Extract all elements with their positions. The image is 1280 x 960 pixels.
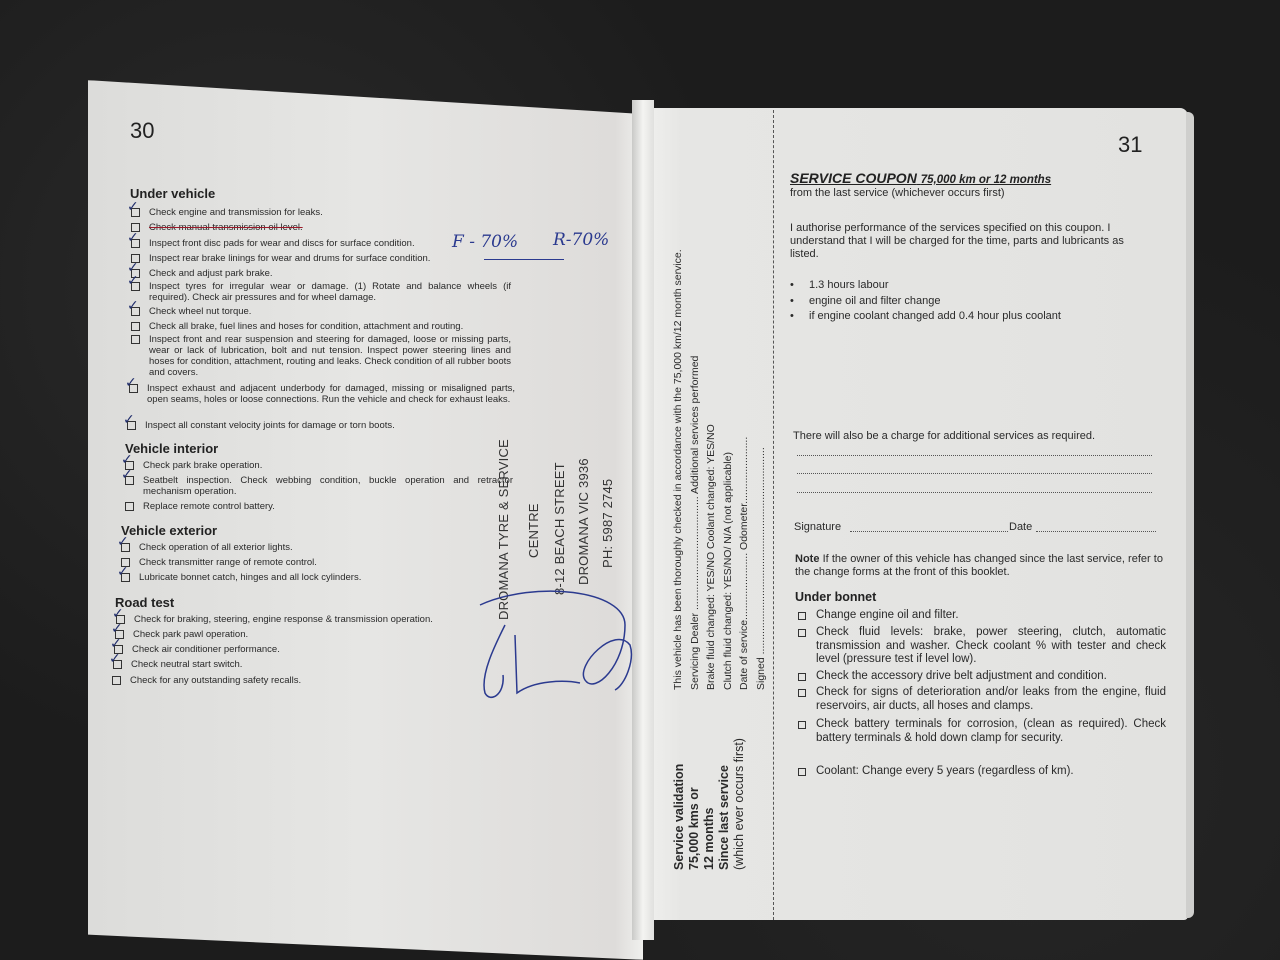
checkbox-icon[interactable] [798, 689, 806, 697]
checklist-item[interactable]: ✓Inspect all constant velocity joints fo… [127, 420, 495, 431]
checklist-item[interactable]: Replace remote control battery. [125, 501, 513, 512]
page-number-right: 31 [1118, 132, 1142, 158]
checklist-item-text: Replace remote control battery. [143, 501, 275, 512]
checklist-item[interactable]: ✓Inspect front disc pads for wear and di… [131, 238, 499, 249]
checkbox-icon[interactable] [798, 721, 806, 729]
note-text: If the owner of this vehicle has changed… [795, 553, 1163, 578]
coupon-title-text: SERVICE COUPON [790, 170, 917, 186]
coupon-subtitle: from the last service (whichever occurs … [790, 187, 1005, 200]
checklist-item-text: Inspect all constant velocity joints for… [145, 420, 395, 431]
signature-field[interactable] [850, 531, 1008, 532]
stamp-line: 8-12 BEACH STREET [552, 462, 567, 595]
checklist-item-text: Check neutral start switch. [131, 659, 242, 670]
additional-services-line[interactable] [797, 492, 1152, 493]
under-bonnet-heading: Under bonnet [795, 590, 876, 604]
checklist-item[interactable]: Check transmitter range of remote contro… [121, 557, 499, 568]
under-bonnet-item-text: Check the accessory drive belt adjustmen… [816, 670, 1107, 682]
checklist-item-text: Lubricate bonnet catch, hinges and all l… [139, 572, 361, 583]
checklist-item-text: Check transmitter range of remote contro… [139, 557, 317, 568]
validation-title-line: 75,000 kms or [687, 738, 702, 870]
note-label: Note [795, 553, 819, 565]
checklist-item-text: Inspect front disc pads for wear and dis… [149, 238, 415, 249]
handwritten-rear-brake: R-70% [553, 230, 609, 250]
perforation-line [773, 110, 774, 920]
under-bonnet-item[interactable]: Change engine oil and filter. [796, 609, 1166, 623]
checklist-item-text: Check park pawl operation. [133, 629, 248, 640]
date-label: Date [1009, 521, 1032, 534]
checklist-item[interactable]: ✓Check park pawl operation. [115, 629, 493, 640]
validation-title-line: (which ever occurs first) [732, 738, 747, 870]
validation-title-line: 12 months [702, 738, 717, 870]
checklist-item[interactable]: ✓Inspect exhaust and adjacent underbody … [129, 383, 515, 405]
validation-title-line: Since last service [717, 738, 732, 870]
page-edge [1186, 112, 1194, 918]
checklist-item-text: Inspect rear brake linings for wear and … [149, 253, 430, 264]
checklist-item-text: Check park brake operation. [143, 460, 262, 471]
validation-statement: This vehicle has been thoroughly checked… [670, 249, 687, 690]
servicing-dealer-field[interactable]: Servicing Dealer .......................… [687, 249, 704, 690]
section-heading: Under vehicle [130, 186, 215, 201]
page-number-left: 30 [130, 118, 154, 144]
section-heading: Vehicle exterior [121, 523, 217, 538]
checkbox-icon[interactable] [798, 768, 806, 776]
checkbox-icon[interactable] [131, 322, 140, 331]
stamp-line: PH: 5987 2745 [600, 479, 615, 568]
validation-fields: This vehicle has been thoroughly checked… [670, 249, 769, 690]
coupon-bullet-item: if engine coolant changed add 0.4 hour p… [809, 310, 1061, 323]
checkbox-icon[interactable] [112, 676, 121, 685]
checklist-item-text: Check air conditioner performance. [132, 644, 280, 655]
additional-services-line[interactable] [797, 473, 1152, 474]
fluid-changed-field[interactable]: Brake fluid changed: YES/NO Coolant chan… [703, 249, 720, 690]
tick-mark-icon: ✓ [109, 654, 121, 665]
validation-title-line: Service validation [672, 738, 687, 870]
tick-mark-icon: ✓ [121, 470, 133, 481]
checklist-item-text: Check wheel nut torque. [149, 306, 251, 317]
additional-charge-text: There will also be a charge for addition… [793, 430, 1095, 443]
checklist-item-text: Check all brake, fuel lines and hoses fo… [149, 321, 463, 332]
tick-mark-icon: ✓ [117, 567, 129, 578]
checklist-item[interactable]: Inspect rear brake linings for wear and … [131, 253, 499, 264]
bullet-icon: • [790, 279, 794, 291]
coupon-bullet-item: 1.3 hours labour [809, 279, 889, 292]
coupon-title: SERVICE COUPON 75,000 km or 12 months [790, 170, 1051, 186]
signature-scribble [475, 585, 640, 705]
coupon-interval: 75,000 km or 12 months [921, 174, 1051, 186]
tick-mark-icon: ✓ [111, 624, 123, 635]
checklist-item[interactable]: ✓Inspect tyres for irregular wear or dam… [131, 281, 511, 303]
stamp-line: DROMANA VIC 3936 [576, 458, 591, 585]
signed-field[interactable]: Signed .................................… [753, 249, 770, 690]
checklist-item-text: Inspect tyres for irregular wear or dama… [149, 281, 511, 303]
under-bonnet-item-text: Check fluid levels: brake, power steerin… [816, 626, 1166, 665]
checklist-item[interactable]: ✓Check and adjust park brake. [131, 268, 499, 279]
checklist-item[interactable]: ✓Check air conditioner performance. [114, 644, 492, 655]
date-odometer-field[interactable]: Date of service....................... O… [736, 249, 753, 690]
tick-mark-icon: ✓ [123, 415, 135, 426]
clutch-fluid-field[interactable]: Clutch fluid changed: YES/NO/ N/A (not a… [720, 249, 737, 690]
checklist-item-text: Inspect exhaust and adjacent underbody f… [147, 383, 515, 405]
signature-label: Signature [794, 521, 841, 534]
checklist-item[interactable]: ✓Check for braking, steering, engine res… [116, 614, 494, 625]
under-bonnet-item-text: Coolant: Change every 5 years (regardles… [816, 765, 1074, 777]
tick-mark-icon: ✓ [125, 378, 137, 389]
coupon-bullet-item: engine oil and filter change [809, 295, 940, 308]
tick-mark-icon: ✓ [110, 639, 122, 650]
handwritten-front-brake: F - 70% [452, 232, 518, 252]
handwritten-underline [484, 259, 564, 260]
checklist-item[interactable]: ✓Check wheel nut torque. [131, 306, 499, 317]
tick-mark-icon: ✓ [127, 301, 139, 312]
bullet-icon: • [790, 310, 794, 322]
checklist-item[interactable]: ✓Check engine and transmission for leaks… [131, 207, 499, 218]
checklist-item-text: Seatbelt inspection. Check webbing condi… [143, 475, 513, 497]
checkbox-icon[interactable] [798, 612, 806, 620]
additional-services-line[interactable] [797, 455, 1152, 456]
under-bonnet-item-text: Change engine oil and filter. [816, 609, 959, 621]
tick-mark-icon: ✓ [117, 537, 129, 548]
tick-mark-icon: ✓ [127, 276, 139, 287]
under-bonnet-item-text: Check battery terminals for corrosion, (… [816, 718, 1166, 744]
under-bonnet-item[interactable]: Check fluid levels: brake, power steerin… [796, 626, 1166, 667]
checklist-item-text: Inspect front and rear suspension and st… [149, 334, 511, 378]
owner-change-note: Note If the owner of this vehicle has ch… [795, 553, 1163, 579]
under-bonnet-item[interactable]: Check the accessory drive belt adjustmen… [796, 670, 1166, 684]
checklist-item-text: Check manual transmission oil level. [149, 222, 303, 233]
tick-mark-icon: ✓ [127, 233, 139, 244]
checklist-item[interactable]: Check all brake, fuel lines and hoses fo… [131, 321, 511, 332]
date-field[interactable] [1036, 531, 1156, 532]
checkbox-icon[interactable] [131, 335, 140, 344]
checklist-item[interactable]: ✓Check park brake operation. [125, 460, 513, 471]
validation-title: Service validation 75,000 kms or 12 mont… [672, 738, 747, 870]
checklist-item[interactable]: Inspect front and rear suspension and st… [131, 334, 511, 378]
checkbox-icon[interactable] [798, 629, 806, 637]
checkbox-icon[interactable] [798, 673, 806, 681]
section-heading: Road test [115, 595, 174, 610]
under-bonnet-item[interactable]: Check for signs of deterioration and/or … [796, 686, 1166, 713]
under-bonnet-item-text: Check for signs of deterioration and/or … [816, 686, 1166, 712]
authorisation-text: I authorise performance of the services … [790, 222, 1152, 261]
checklist-item-text: Check for any outstanding safety recalls… [130, 675, 301, 686]
tick-mark-icon: ✓ [112, 609, 124, 620]
checklist-item-text: Check operation of all exterior lights. [139, 542, 293, 553]
checklist-item-text: Check engine and transmission for leaks. [149, 207, 323, 218]
checklist-item[interactable]: ✓Seatbelt inspection. Check webbing cond… [125, 475, 513, 497]
checklist-item[interactable]: ✓Lubricate bonnet catch, hinges and all … [121, 572, 499, 583]
under-bonnet-item[interactable]: Check battery terminals for corrosion, (… [796, 718, 1166, 745]
tick-mark-icon: ✓ [127, 202, 139, 213]
checklist-item[interactable]: Check for any outstanding safety recalls… [112, 675, 490, 686]
checklist-item[interactable]: Check manual transmission oil level. [131, 222, 499, 233]
stamp-line: CENTRE [526, 503, 541, 558]
checklist-item-text: Check for braking, steering, engine resp… [134, 614, 433, 625]
under-bonnet-item[interactable]: Coolant: Change every 5 years (regardles… [796, 765, 1166, 779]
checklist-item[interactable]: ✓Check operation of all exterior lights. [121, 542, 499, 553]
checkbox-icon[interactable] [125, 502, 134, 511]
tick-mark-icon: ✓ [121, 455, 133, 466]
checklist-item-text: Check and adjust park brake. [149, 268, 273, 279]
section-heading: Vehicle interior [125, 441, 218, 456]
bullet-icon: • [790, 295, 794, 307]
checklist-item[interactable]: ✓Check neutral start switch. [113, 659, 491, 670]
